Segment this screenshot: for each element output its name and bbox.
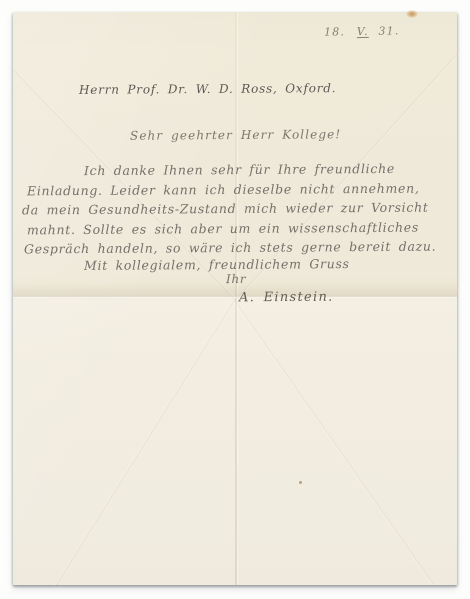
salutation-line: Sehr geehrter Herr Kollege! [130, 127, 341, 142]
stain-mark [406, 10, 418, 18]
body-line-4: mahnt. Sollte es sich aber um ein wissen… [27, 220, 419, 238]
diagonal-fold-crease [55, 299, 235, 586]
date-month: V. [357, 25, 369, 38]
date-day: 18. [324, 25, 345, 38]
body-line-1: Ich danke Ihnen sehr für Ihre freundlich… [84, 161, 395, 178]
body-line-3: da mein Gesundheits-Zustand mich wieder … [22, 200, 429, 218]
body-line-2: Einladung. Leider kann ich dieselbe nich… [27, 181, 420, 199]
valediction: Ihr [226, 272, 246, 286]
closing-line: Mit kollegialem, freundlichem Gruss [84, 256, 350, 273]
paper-speck [299, 481, 302, 484]
date-year: 31. [378, 24, 399, 37]
recipient-line: Herrn Prof. Dr. W. D. Ross, Oxford. [79, 81, 336, 97]
body-line-5: Gespräch handeln, so wäre ich stets gern… [24, 239, 436, 257]
signature: A. Einstein. [239, 290, 334, 306]
photo-background: { "letter": { "date": { "day": "18.", "m… [0, 0, 470, 599]
letter-paper: 18. V. 31. Herrn Prof. Dr. W. D. Ross, O… [13, 12, 457, 585]
date-line: 18. V. 31. [324, 24, 400, 38]
diagonal-fold-crease [234, 300, 434, 585]
